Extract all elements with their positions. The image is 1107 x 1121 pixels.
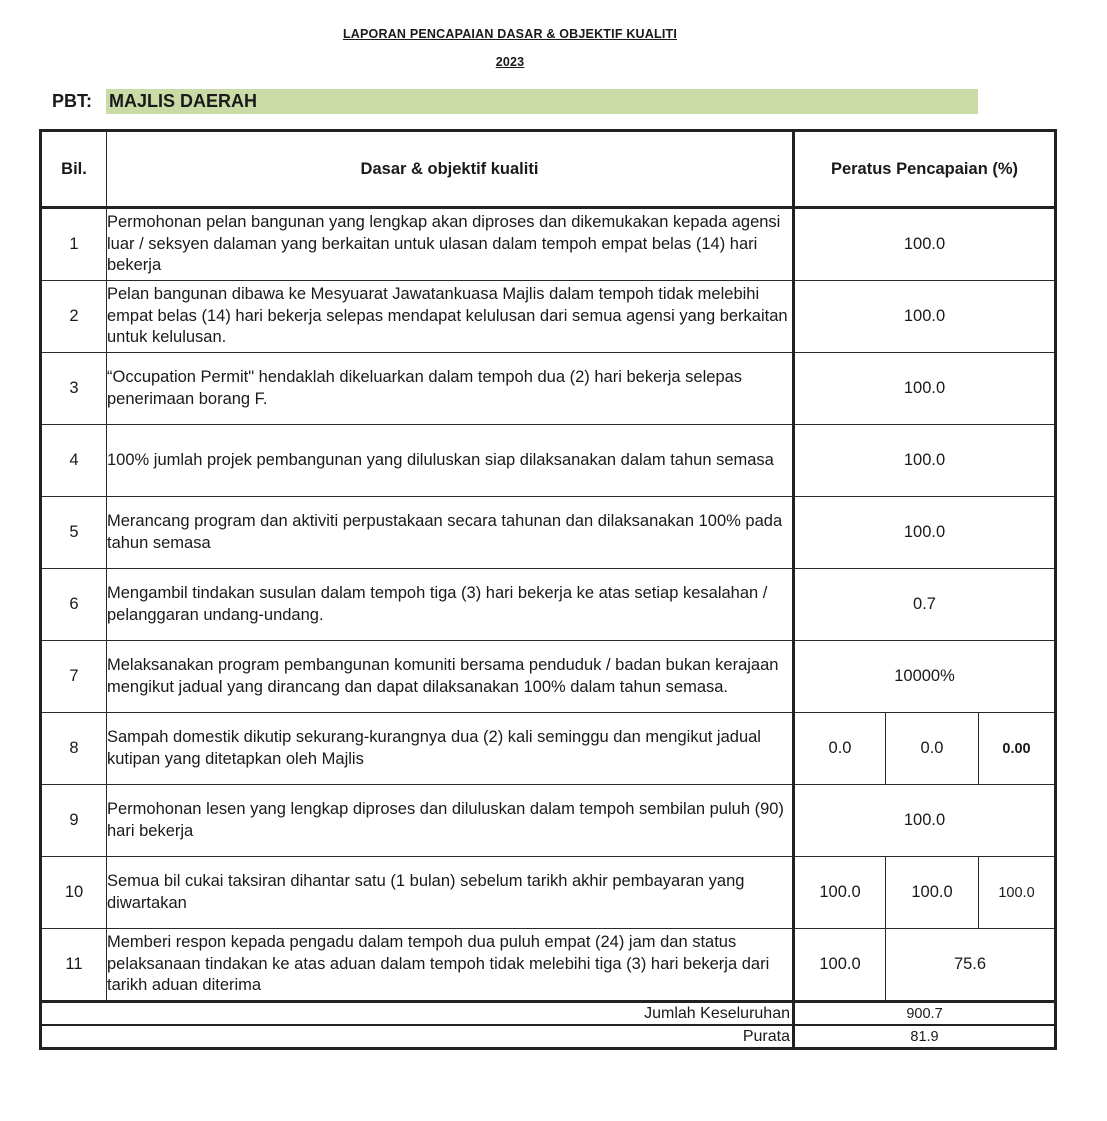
row-number: 3 (41, 353, 107, 425)
row-percentage: 0.7 (794, 569, 1056, 641)
row-objective: Sampah domestik dikutip sekurang-kurangn… (107, 713, 794, 785)
table-row: 9 Permohonan lesen yang lengkap diproses… (41, 785, 1056, 857)
row-percentage-2: 0.0 (886, 713, 979, 785)
row-percentage: 100.0 (794, 281, 1056, 353)
average-value: 81.9 (794, 1025, 1056, 1049)
pbt-value: MAJLIS DAERAH (106, 89, 978, 114)
row-percentage-1: 0.0 (794, 713, 886, 785)
report-title: LAPORAN PENCAPAIAN DASAR & OBJEKTIF KUAL… (0, 27, 1020, 41)
row-number: 8 (41, 713, 107, 785)
row-objective: Semua bil cukai taksiran dihantar satu (… (107, 857, 794, 929)
row-number: 1 (41, 208, 107, 281)
table-row: 7 Melaksanakan program pembangunan komun… (41, 641, 1056, 713)
row-number: 5 (41, 497, 107, 569)
summary-row-average: Purata 81.9 (41, 1025, 1056, 1049)
row-percentage-3: 100.0 (979, 857, 1056, 929)
row-number: 10 (41, 857, 107, 929)
row-percentage-2: 75.6 (886, 929, 1056, 1002)
row-objective: Permohonan lesen yang lengkap diproses d… (107, 785, 794, 857)
row-percentage-1: 100.0 (794, 929, 886, 1002)
row-percentage: 100.0 (794, 425, 1056, 497)
total-value: 900.7 (794, 1002, 1056, 1026)
table-row: 11 Memberi respon kepada pengadu dalam t… (41, 929, 1056, 1002)
table-row: 1 Permohonan pelan bangunan yang lengkap… (41, 208, 1056, 281)
table-header-row: Bil. Dasar & objektif kualiti Peratus Pe… (41, 131, 1056, 208)
table-row: 2 Pelan bangunan dibawa ke Mesyuarat Jaw… (41, 281, 1056, 353)
quality-objectives-table: Bil. Dasar & objektif kualiti Peratus Pe… (39, 129, 1057, 1050)
table-row: 10 Semua bil cukai taksiran dihantar sat… (41, 857, 1056, 929)
row-percentage: 10000% (794, 641, 1056, 713)
row-percentage-1: 100.0 (794, 857, 886, 929)
table-row: 3 “Occupation Permit" hendaklah dikeluar… (41, 353, 1056, 425)
row-objective: Melaksanakan program pembangunan komunit… (107, 641, 794, 713)
row-number: 4 (41, 425, 107, 497)
header-bil: Bil. (41, 131, 107, 208)
row-objective: Merancang program dan aktiviti perpustak… (107, 497, 794, 569)
row-number: 2 (41, 281, 107, 353)
row-objective: Mengambil tindakan susulan dalam tempoh … (107, 569, 794, 641)
report-year: 2023 (0, 55, 1020, 69)
pbt-label: PBT: (52, 91, 92, 112)
row-objective: Pelan bangunan dibawa ke Mesyuarat Jawat… (107, 281, 794, 353)
row-number: 6 (41, 569, 107, 641)
row-percentage: 100.0 (794, 208, 1056, 281)
row-number: 9 (41, 785, 107, 857)
row-objective: Memberi respon kepada pengadu dalam temp… (107, 929, 794, 1002)
table-row: 4 100% jumlah projek pembangunan yang di… (41, 425, 1056, 497)
table-row: 5 Merancang program dan aktiviti perpust… (41, 497, 1056, 569)
row-percentage-2: 100.0 (886, 857, 979, 929)
total-label: Jumlah Keseluruhan (41, 1002, 794, 1026)
header-percentage: Peratus Pencapaian (%) (794, 131, 1056, 208)
row-percentage: 100.0 (794, 497, 1056, 569)
average-label: Purata (41, 1025, 794, 1049)
row-percentage: 100.0 (794, 785, 1056, 857)
row-number: 11 (41, 929, 107, 1002)
row-number: 7 (41, 641, 107, 713)
header-objective: Dasar & objektif kualiti (107, 131, 794, 208)
row-objective: “Occupation Permit" hendaklah dikeluarka… (107, 353, 794, 425)
table-row: 8 Sampah domestik dikutip sekurang-kuran… (41, 713, 1056, 785)
row-objective: Permohonan pelan bangunan yang lengkap a… (107, 208, 794, 281)
row-objective: 100% jumlah projek pembangunan yang dilu… (107, 425, 794, 497)
table-row: 6 Mengambil tindakan susulan dalam tempo… (41, 569, 1056, 641)
row-percentage: 100.0 (794, 353, 1056, 425)
summary-row-total: Jumlah Keseluruhan 900.7 (41, 1002, 1056, 1026)
row-percentage-3: 0.00 (979, 713, 1056, 785)
